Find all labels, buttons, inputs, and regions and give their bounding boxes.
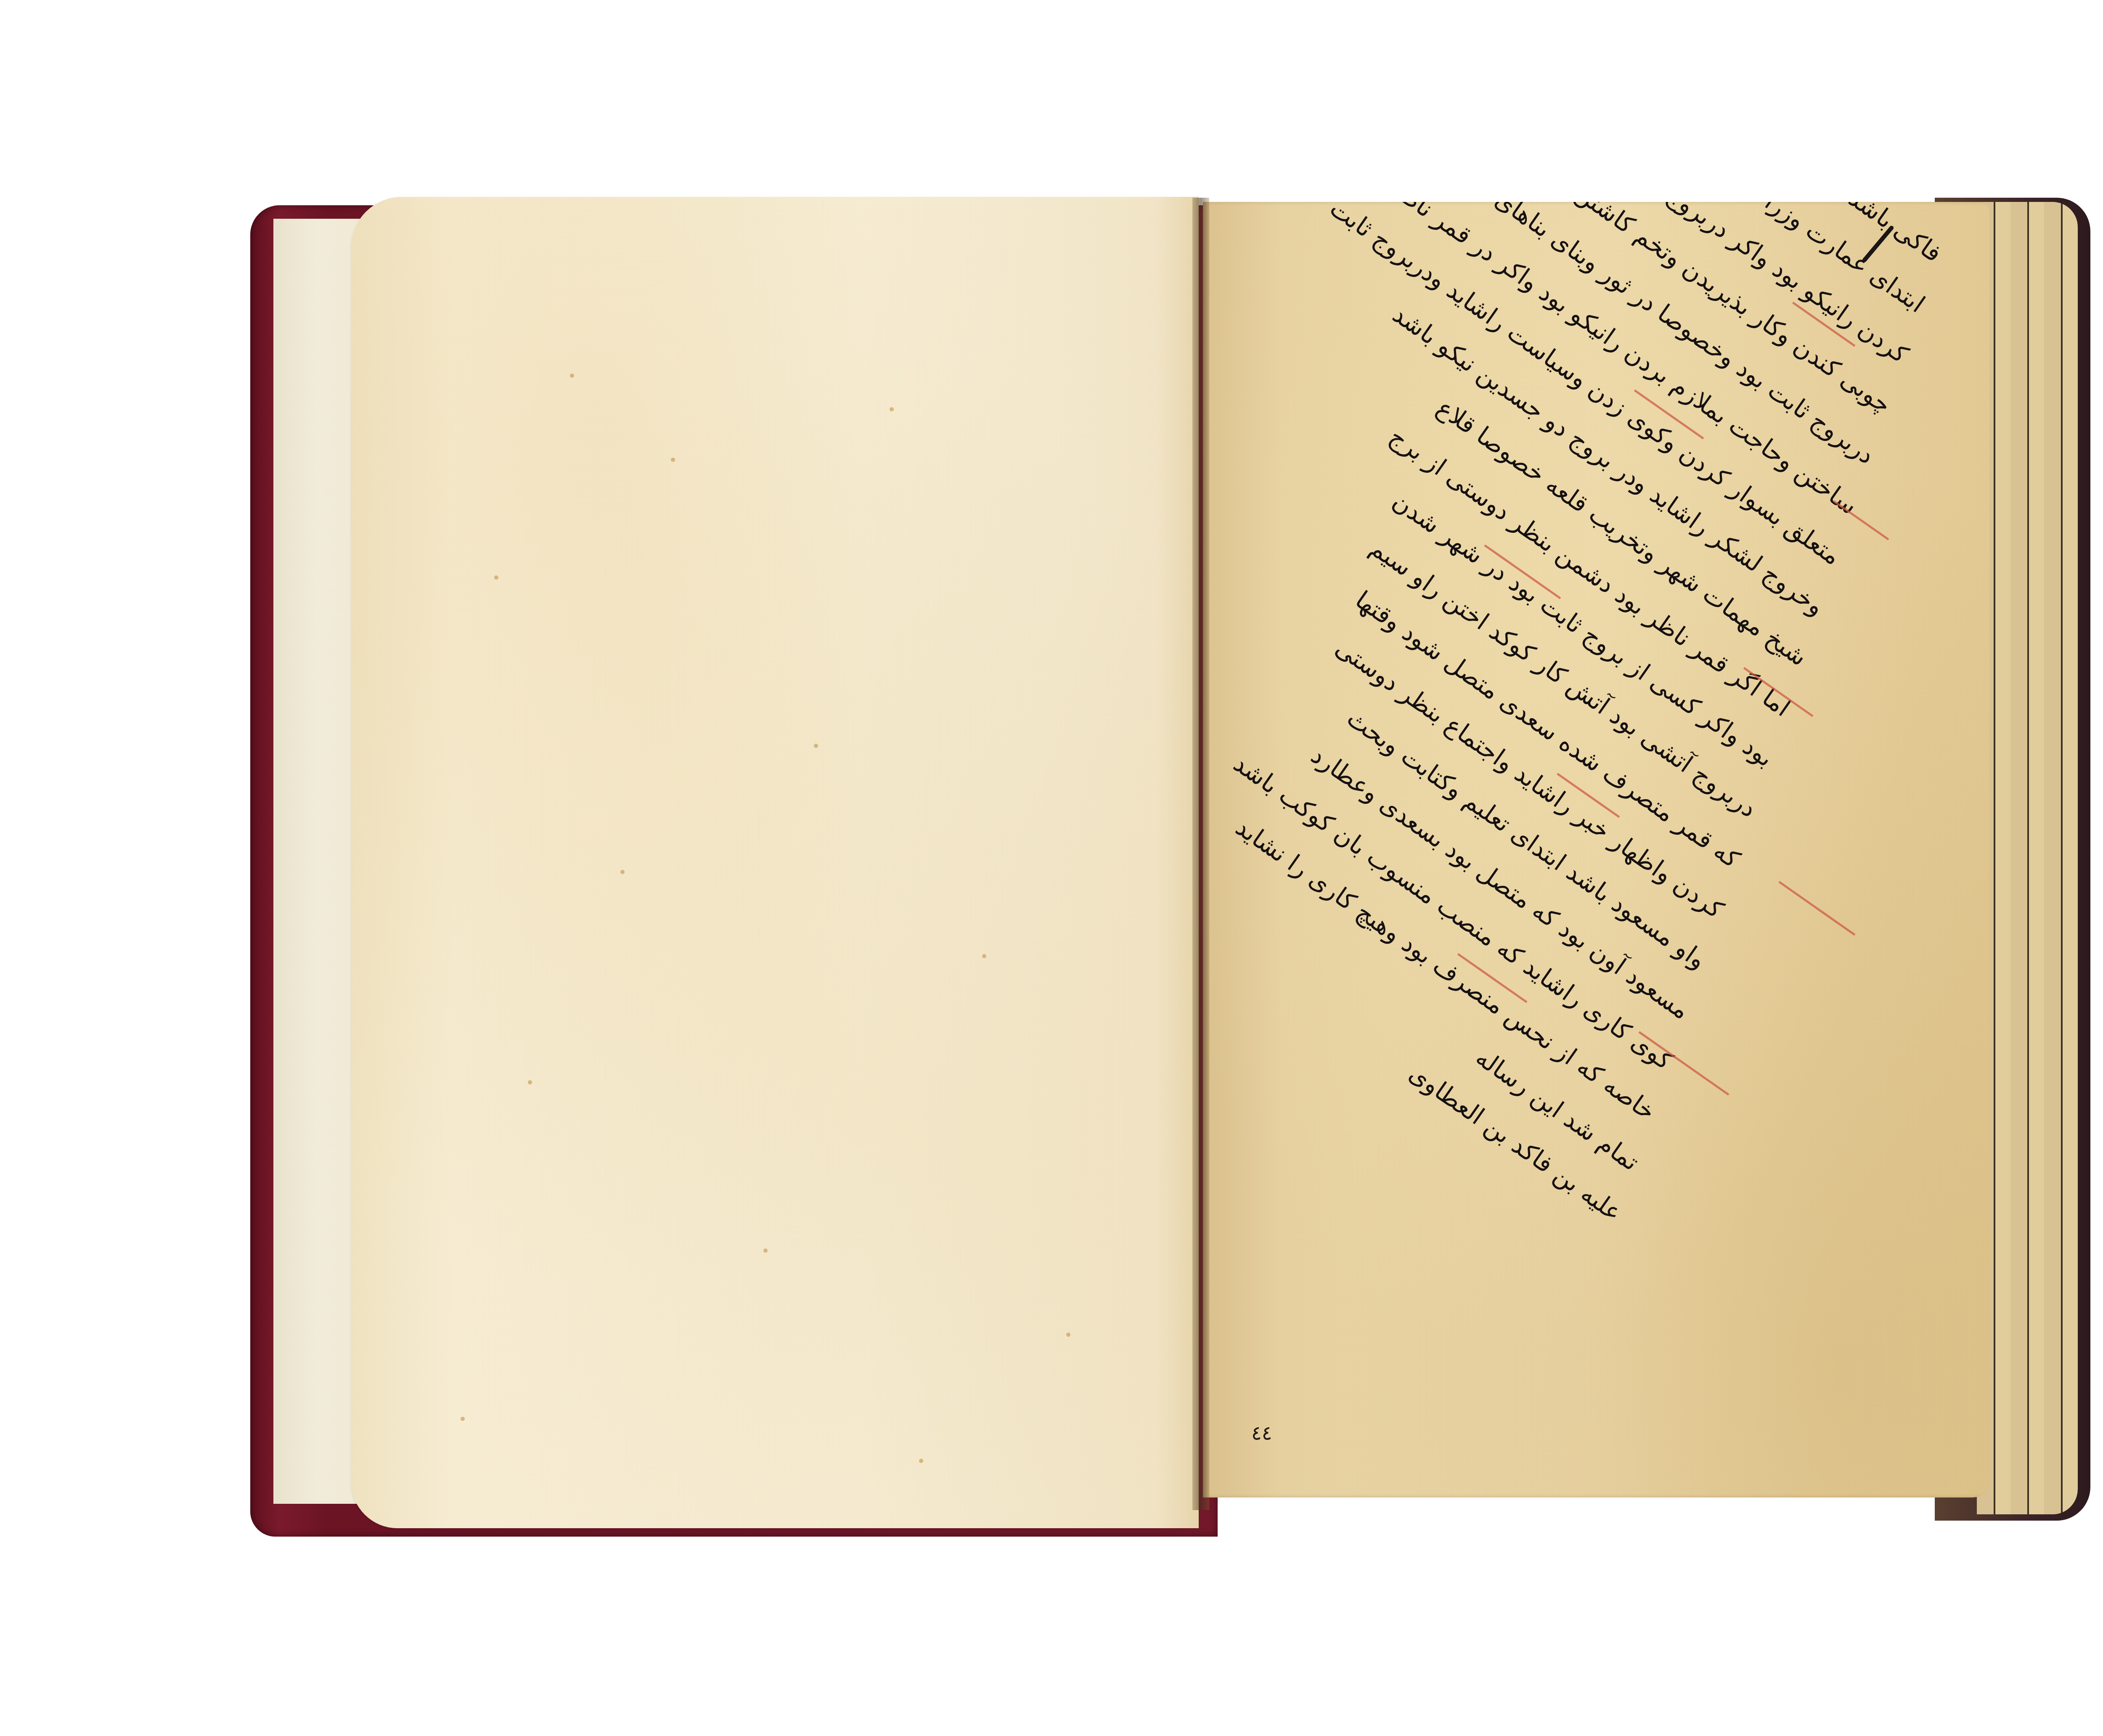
foxing-spot: [620, 870, 625, 874]
left-blank-page: [351, 197, 1199, 1528]
foxing-spot: [890, 407, 894, 411]
folio-number: ٤٤: [1251, 1422, 1272, 1444]
rubric-stroke: [1778, 881, 1855, 936]
foxing-spot: [461, 1417, 465, 1421]
book-gutter: [1192, 198, 1209, 1510]
foxing-spot: [919, 1459, 923, 1463]
foxing-spot: [570, 374, 574, 378]
foxing-spot: [528, 1080, 532, 1084]
foxing-spot: [814, 744, 818, 748]
foxing-spot: [494, 575, 498, 580]
right-manuscript-page: فاکی باشد ابتدای عمارت وزراعت کردن رانیک…: [1203, 202, 1989, 1497]
page-stack-edge: [1977, 202, 2078, 1514]
manuscript-text-block: فاکی باشد ابتدای عمارت وزراعت کردن رانیک…: [1266, 219, 1939, 1354]
rubric-stroke: [1833, 500, 1889, 541]
foxing-spot: [1066, 1333, 1070, 1337]
foxing-spot: [763, 1248, 768, 1253]
foxing-spot: [671, 458, 675, 462]
foxing-spot: [982, 954, 986, 958]
